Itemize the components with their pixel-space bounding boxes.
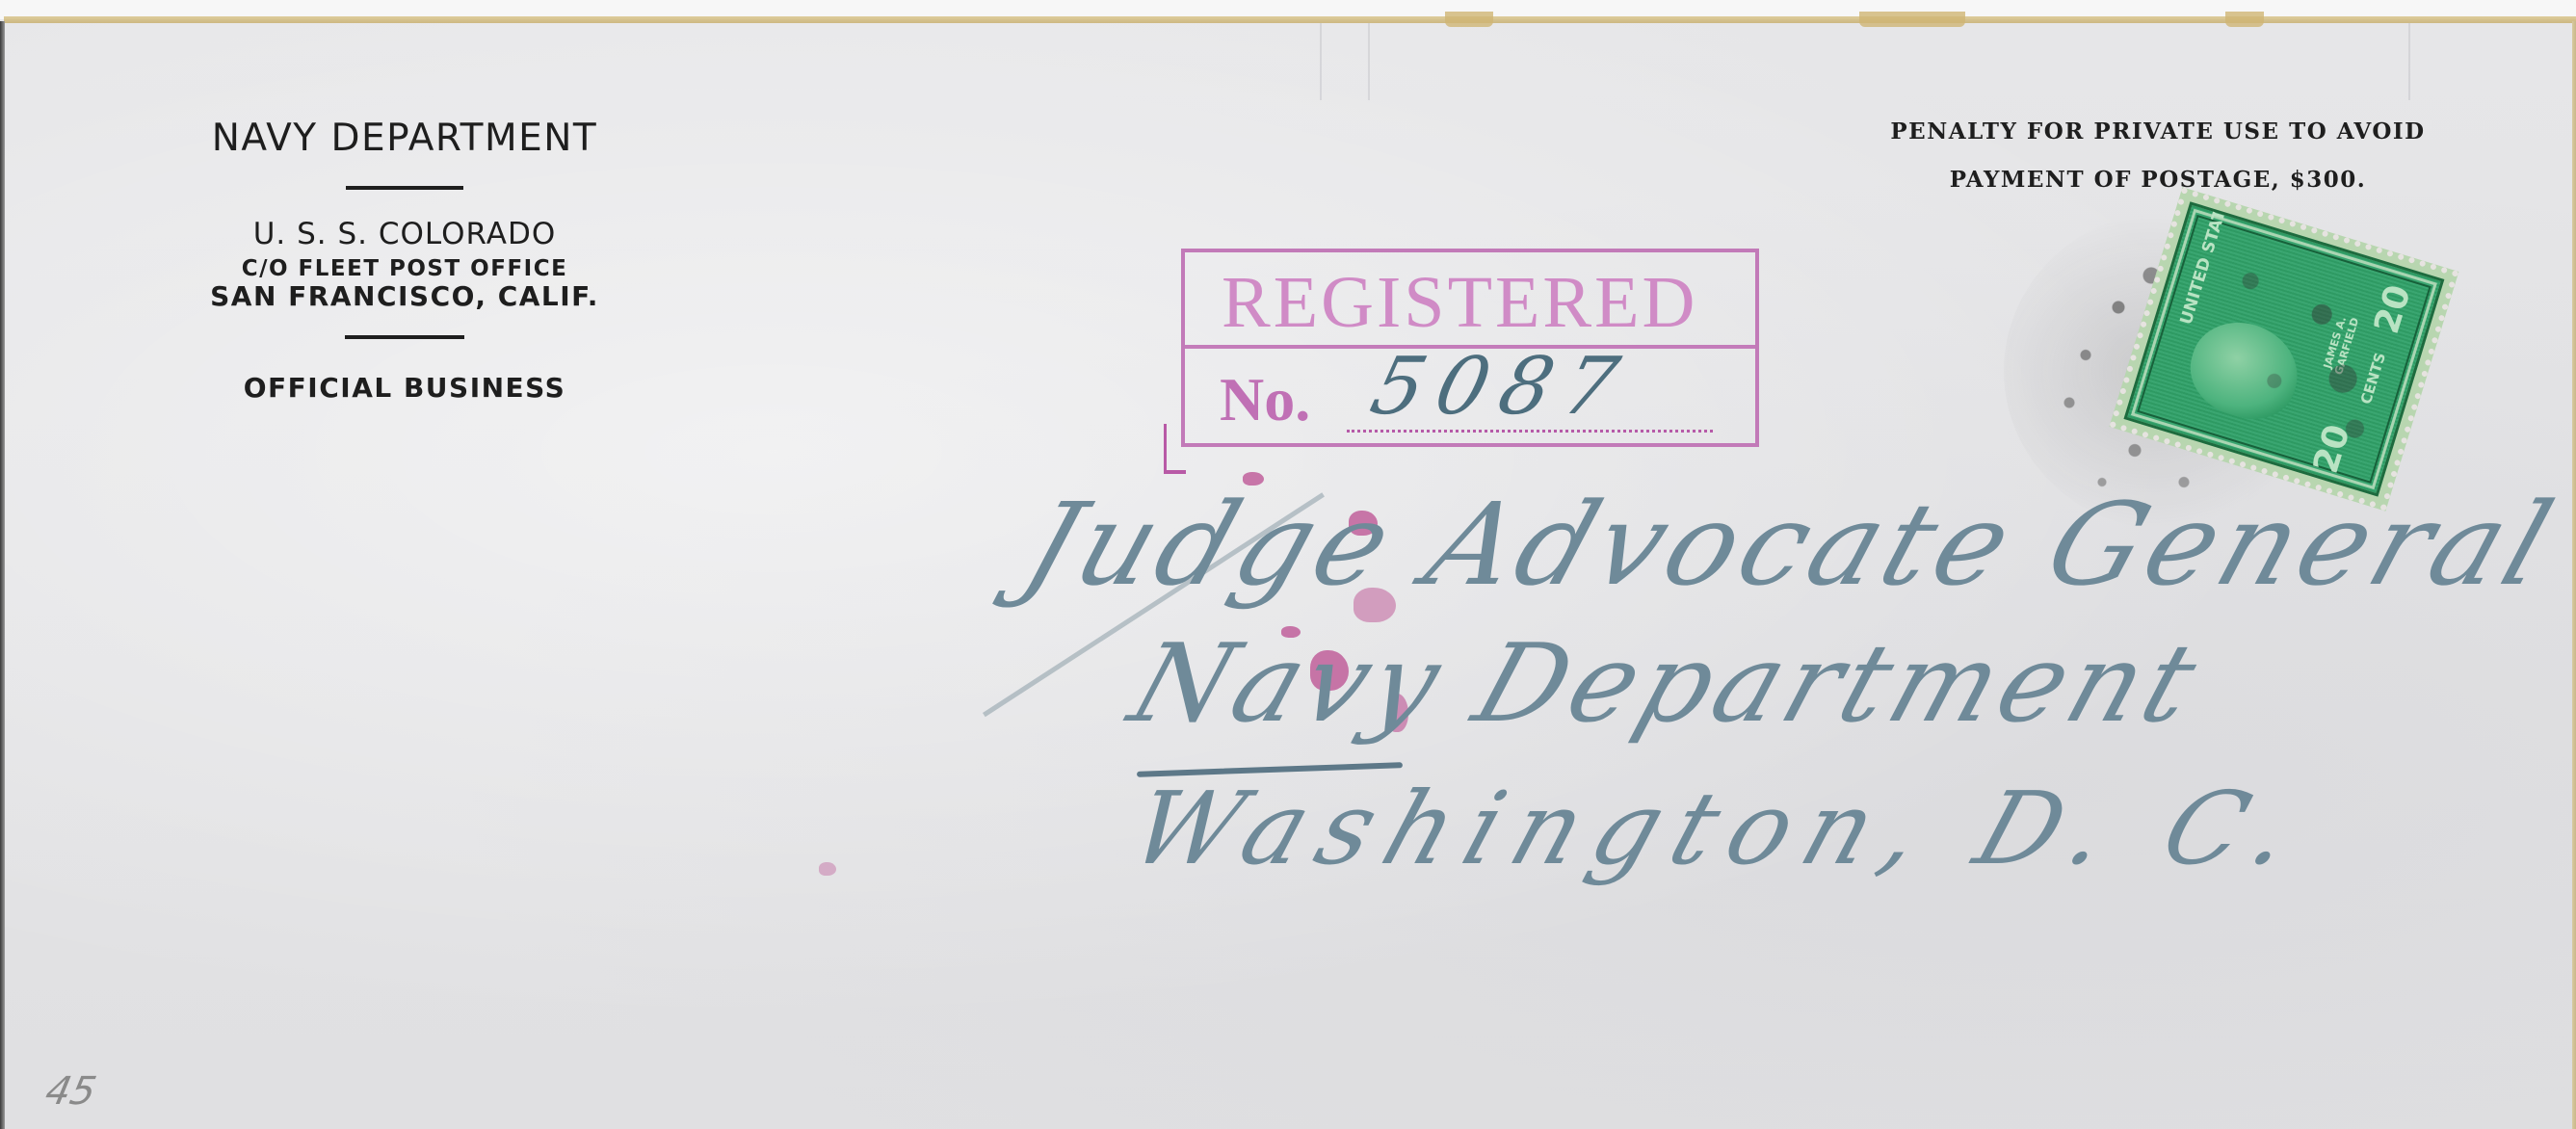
top-edge-stain	[1859, 12, 1965, 27]
ship-name: U. S. S. COLORADO	[116, 217, 694, 251]
paper-fold	[1320, 23, 1322, 100]
recipient-line-1: Judge Advocate General	[1011, 482, 2571, 607]
divider-rule	[346, 186, 463, 190]
recipient-line-3: Washington, D. C.	[1118, 771, 2323, 886]
official-business-label: OFFICIAL BUSINESS	[116, 372, 694, 405]
department-name: NAVY DEPARTMENT	[116, 116, 694, 162]
fleet-post-office: C/O FLEET POST OFFICE	[116, 255, 694, 282]
return-address-block: NAVY DEPARTMENT U. S. S. COLORADO C/O FL…	[116, 116, 694, 405]
paper-fold	[2408, 23, 2410, 100]
pencil-notation: 45	[41, 1069, 100, 1114]
divider-rule	[345, 335, 464, 339]
envelope-right-edge	[2572, 21, 2576, 1129]
penalty-line-2: PAYMENT OF POSTAGE, $300.	[1840, 156, 2476, 204]
return-city: SAN FRANCISCO, CALIF.	[116, 282, 694, 311]
top-edge-stain	[2225, 12, 2264, 27]
handstamp-corner-smudge	[1164, 424, 1186, 474]
penalty-notice: PENALTY FOR PRIVATE USE TO AVOID PAYMENT…	[1840, 108, 2476, 204]
recipient-line-2: Navy Department	[1118, 626, 2216, 742]
envelope: NAVY DEPARTMENT U. S. S. COLORADO C/O FL…	[0, 0, 2576, 1129]
registered-label: REGISTERED	[1222, 264, 1697, 341]
envelope-top-edge	[4, 16, 2576, 23]
penalty-line-1: PENALTY FOR PRIVATE USE TO AVOID	[1840, 108, 2476, 156]
top-edge-stain	[1445, 12, 1493, 27]
paper-fold	[1368, 23, 1370, 100]
registered-number: 5087	[1364, 349, 1639, 426]
envelope-left-edge	[0, 21, 5, 1129]
registered-handstamp: REGISTERED No. 5087	[1181, 249, 1759, 447]
ink-blot	[819, 862, 836, 876]
registered-number-label: No.	[1220, 366, 1310, 433]
